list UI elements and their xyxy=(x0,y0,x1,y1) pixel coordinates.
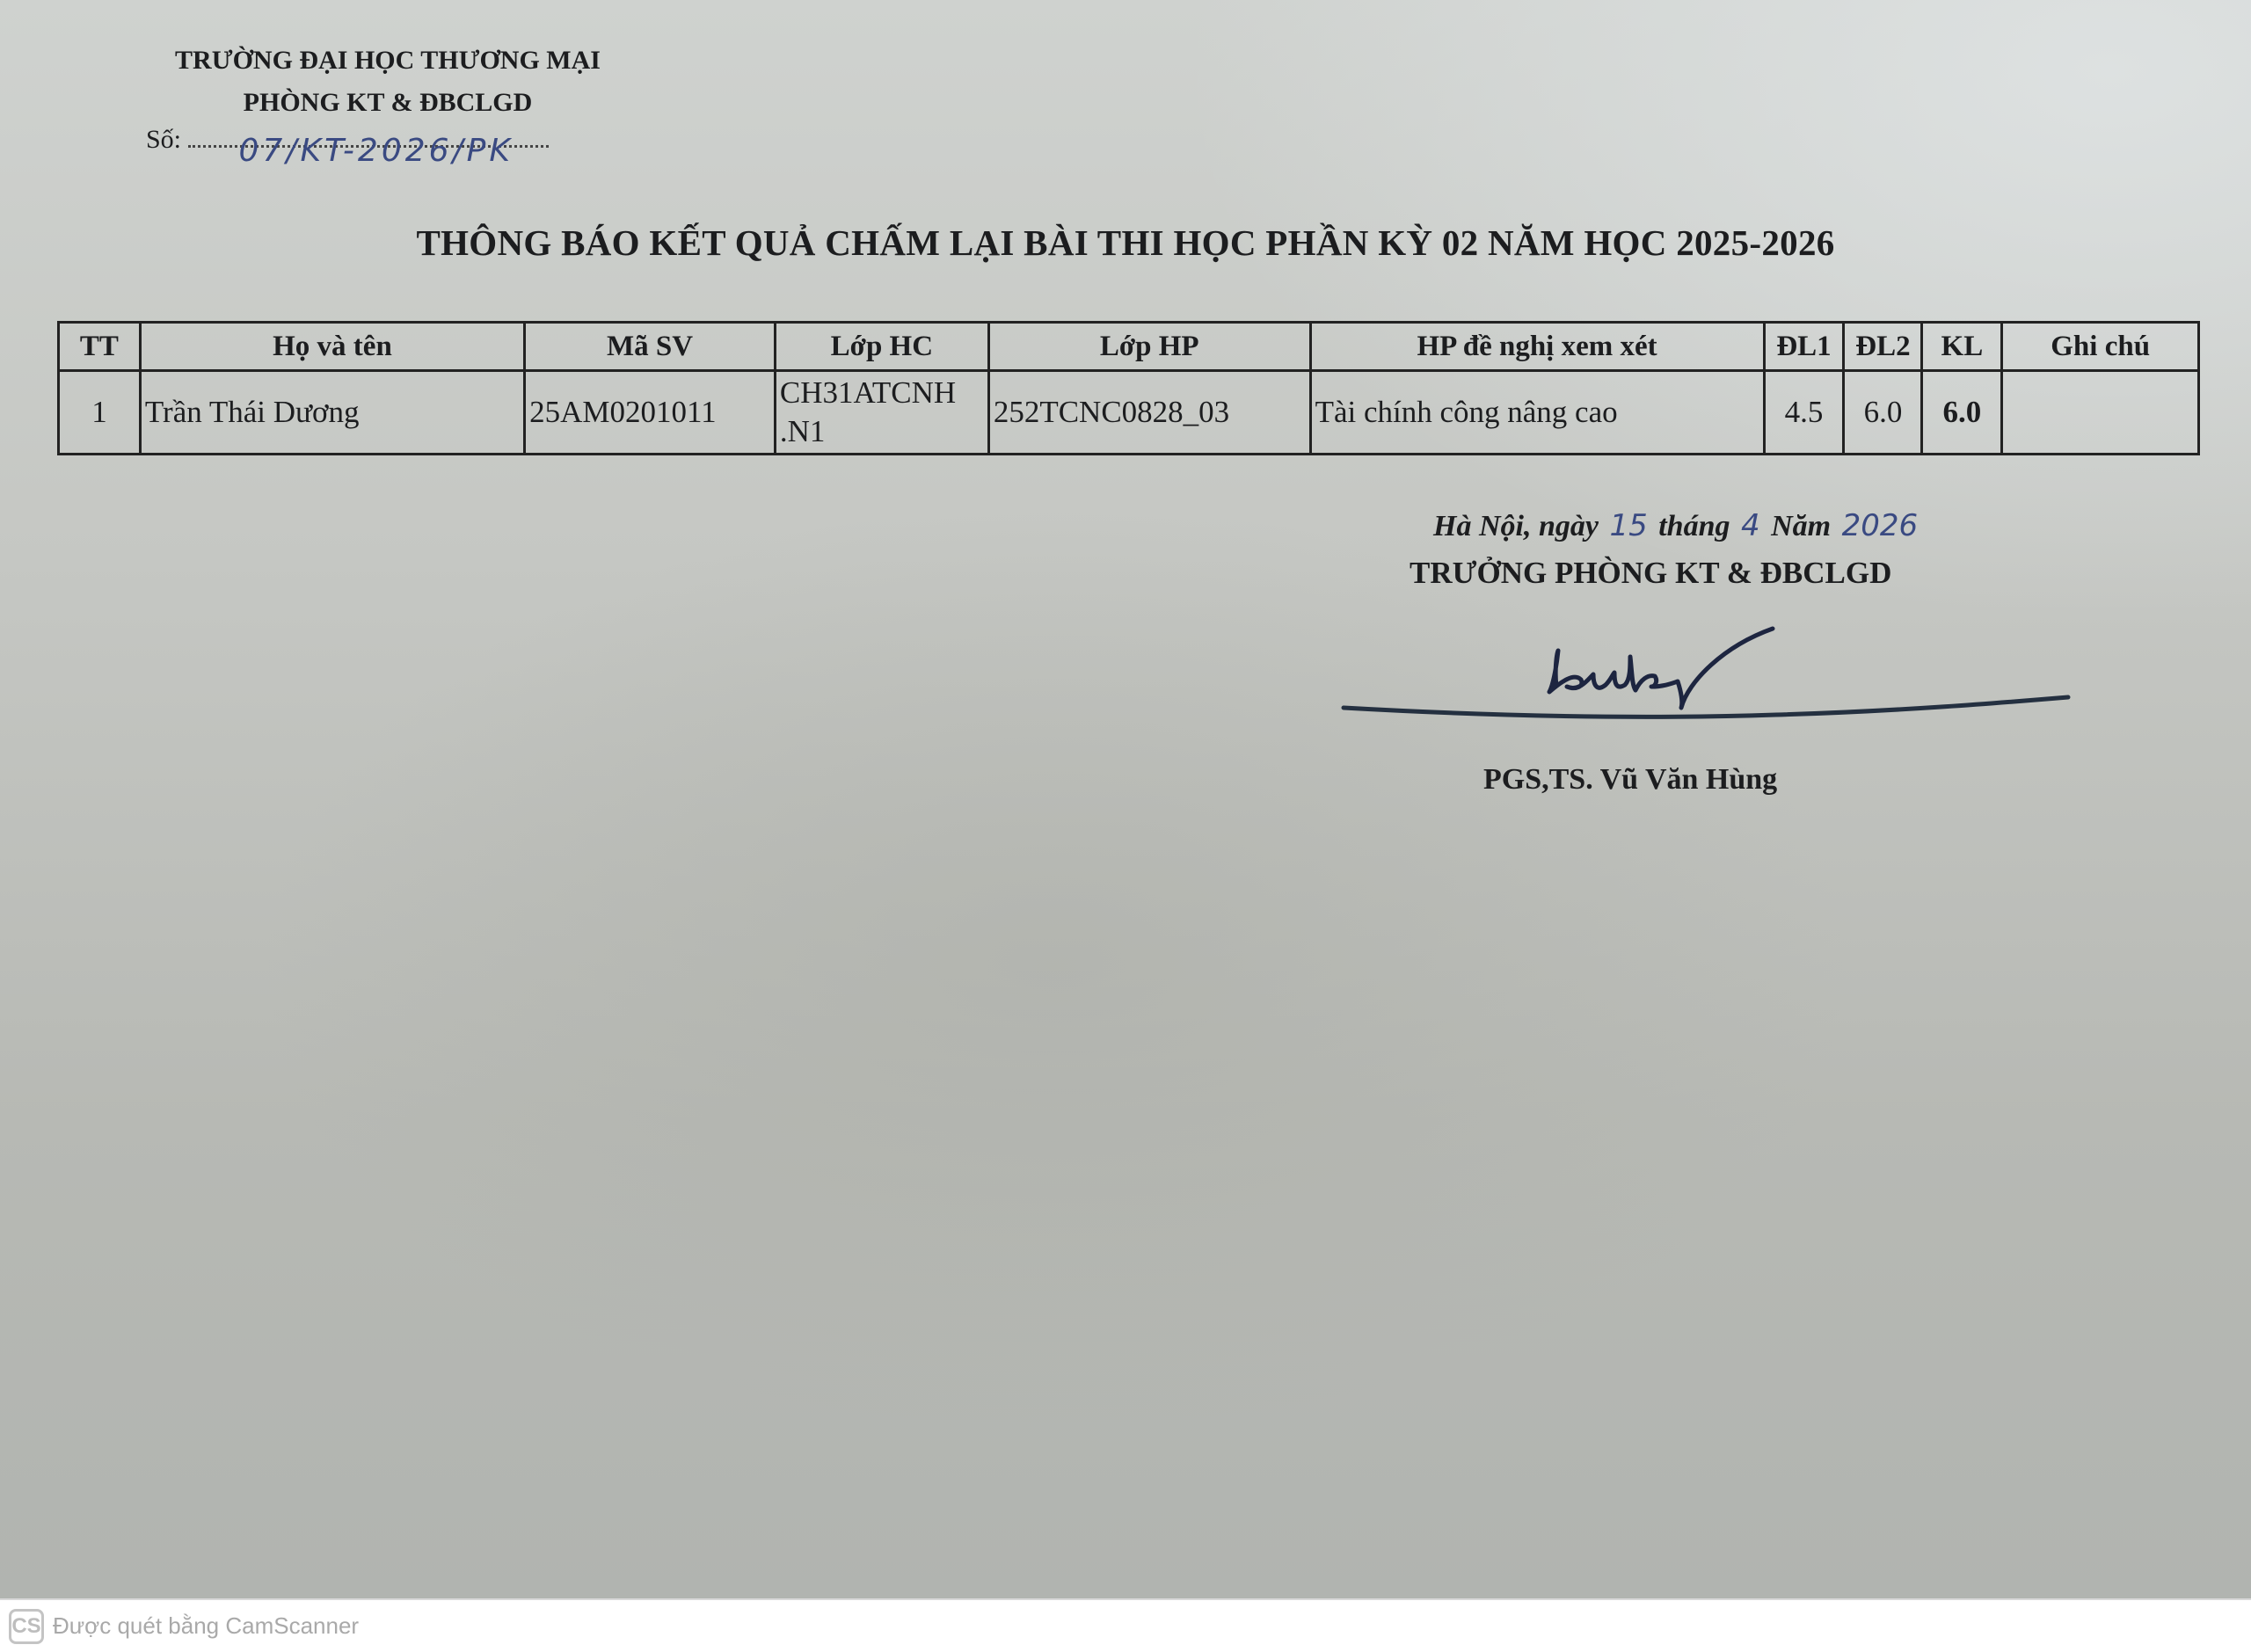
date-prefix: Hà Nội, ngày xyxy=(1433,510,1599,542)
table-row: 1 Trần Thái Dương 25AM0201011 CH31ATCNH … xyxy=(59,371,2199,455)
cell-admin-class-line1: CH31ATCNH xyxy=(780,374,984,412)
document-number: Số: 07/KT-2026/PK xyxy=(146,125,549,155)
date-day: 15 xyxy=(1609,508,1647,543)
date-line: Hà Nội, ngày 15 tháng 4 Năm 2026 xyxy=(1433,508,1921,543)
column-header-name: Họ và tên xyxy=(140,323,524,371)
camscanner-logo-icon: CS xyxy=(9,1609,44,1644)
cell-course-reviewed: Tài chính công nâng cao xyxy=(1310,371,1764,455)
cell-name: Trần Thái Dương xyxy=(140,371,524,455)
institution-name: TRƯỜNG ĐẠI HỌC THƯƠNG MẠI xyxy=(149,40,626,82)
results-table: TT Họ và tên Mã SV Lớp HC Lớp HP HP đề n… xyxy=(57,321,2200,455)
cell-student-id: 25AM0201011 xyxy=(525,371,776,455)
column-header-admin-class: Lớp HC xyxy=(775,323,988,371)
cell-admin-class-line2: .N1 xyxy=(780,412,984,451)
signer-name: PGS,TS. Vũ Văn Hùng xyxy=(1483,763,1777,797)
cell-admin-class: CH31ATCNH .N1 xyxy=(775,371,988,455)
camscanner-footer: CS Được quét bằng CamScanner xyxy=(0,1600,2251,1652)
column-header-student-id: Mã SV xyxy=(525,323,776,371)
department-name: PHÒNG KT & ĐBCLGD xyxy=(149,82,626,124)
column-header-course-reviewed: HP đề nghị xem xét xyxy=(1310,323,1764,371)
handwritten-signature-icon xyxy=(1337,611,2075,734)
table-header-row: TT Họ và tên Mã SV Lớp HC Lớp HP HP đề n… xyxy=(59,323,2199,371)
document-number-value: 07/KT-2026/PK xyxy=(239,133,514,169)
column-header-note: Ghi chú xyxy=(2002,323,2199,371)
column-header-dl1: ĐL1 xyxy=(1764,323,1844,371)
signer-title: TRƯỞNG PHÒNG KT & ĐBCLGD xyxy=(1410,556,1891,591)
column-header-course-class: Lớp HP xyxy=(988,323,1310,371)
date-year: 2026 xyxy=(1842,508,1919,543)
cell-dl1: 4.5 xyxy=(1764,371,1844,455)
camscanner-caption: Được quét bằng CamScanner xyxy=(53,1612,359,1640)
date-month-label: tháng xyxy=(1658,510,1730,542)
cell-tt: 1 xyxy=(59,371,141,455)
cell-dl2: 6.0 xyxy=(1844,371,1922,455)
column-header-dl2: ĐL2 xyxy=(1844,323,1922,371)
date-month: 4 xyxy=(1741,508,1760,543)
date-year-label: Năm xyxy=(1771,510,1831,542)
document-number-field: 07/KT-2026/PK xyxy=(188,138,549,148)
column-header-kl: KL xyxy=(1922,323,2002,371)
document-header: TRƯỜNG ĐẠI HỌC THƯƠNG MẠI PHÒNG KT & ĐBC… xyxy=(149,40,626,124)
scanned-page: TRƯỜNG ĐẠI HỌC THƯƠNG MẠI PHÒNG KT & ĐBC… xyxy=(0,0,2251,1600)
column-header-tt: TT xyxy=(59,323,141,371)
document-title: THÔNG BÁO KẾT QUẢ CHẤM LẠI BÀI THI HỌC P… xyxy=(0,222,2251,264)
cell-course-class: 252TCNC0828_03 xyxy=(988,371,1310,455)
cell-note xyxy=(2002,371,2199,455)
document-number-label: Số: xyxy=(146,125,181,154)
cell-kl: 6.0 xyxy=(1922,371,2002,455)
